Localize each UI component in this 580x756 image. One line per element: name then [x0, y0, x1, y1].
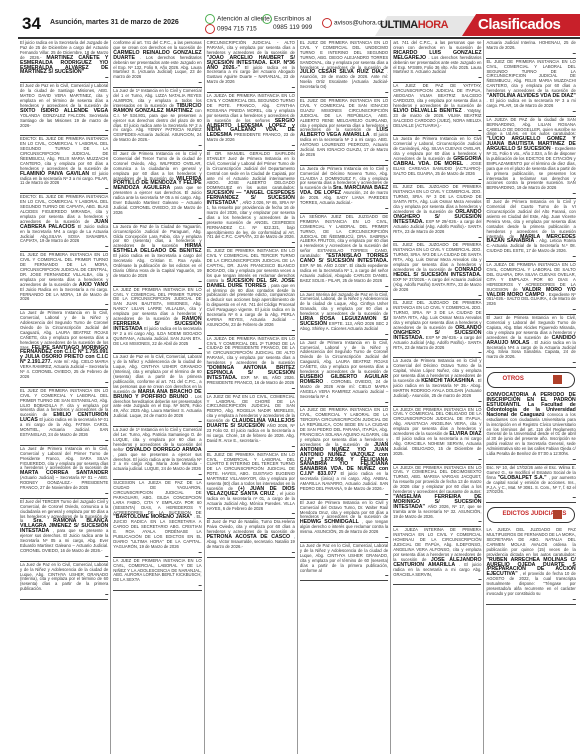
classified-ad: SUCESION LA JUEZA DE PAZ DE LA CIUDAD DE…	[113, 480, 201, 558]
classified-ad: Esc. Nº 10, del 17/02/26 ante el Esc. Wi…	[486, 465, 575, 503]
ad-code-mark: ▬	[486, 495, 575, 500]
classified-ad: LA JUEZ DE PRIMERA INSTANCIA EN LO CIVIL…	[113, 558, 201, 591]
classified-ad: LA JUEZ DE PAZ DE YATYTAY, CIRCUNSCRIPCI…	[393, 83, 481, 136]
classified-ad: La Jueza de Paz de la Ciudad de Yaguarón…	[113, 224, 201, 287]
classified-ad: LA JUEZA DEL JUZGADO DE PAZ MULTIFUEROS …	[486, 527, 575, 605]
column-2: conforme al art. 741 del C.P.C., a las p…	[111, 40, 204, 754]
ad-code-mark: ▬	[20, 554, 108, 559]
classified-ad: LA JUEZA DE PRIMERA INSTANCIA EN LO CIVI…	[393, 407, 481, 465]
column-6: Actuaria Judicial Interina. HOHENAU, 25 …	[484, 40, 577, 754]
classified-ad: EDICTO: EL JUEZ DE PRIMERA INSTANCIA EN …	[20, 194, 108, 252]
ad-code-mark: ▬	[20, 491, 108, 496]
ad-code-mark: ▬	[300, 206, 388, 211]
ad-code-mark: ▬	[20, 592, 108, 597]
classified-ad: EL JUEZ DE PRIMERA INSTANCIA EN LO CIVIL…	[486, 59, 575, 117]
ad-code-mark: ▬	[300, 158, 388, 163]
classified-ad: La Jueza de Primera Instancia en lo Civi…	[393, 136, 481, 184]
classified-ad: LA JUEZ DE PRIMERA INSTANCIA EN LO CIVIL…	[300, 407, 388, 499]
classified-ad: EL JUEZ DE PRIMERA INSTANCIA EN LO CIVIL…	[207, 248, 295, 335]
ad-code-mark: ▬	[486, 191, 575, 196]
column-3: CIRCUNSCRIPCIÓN JUDICIAL - ALTO PARANÁ, …	[205, 40, 298, 754]
classified-ad: El Juez de Primera Instancia en lo Civil…	[486, 199, 575, 262]
classified-ad: El Juez de Primera Instancia en lo Civil…	[300, 500, 388, 543]
ad-code-mark: ▬	[113, 550, 201, 555]
header-divider	[18, 37, 580, 39]
ad-code-mark: ▬	[393, 457, 481, 462]
classified-ad: EL JUEZ DEL JUZGADO DE PRIMERA INSTANCIA…	[393, 184, 481, 242]
ad-code-mark: ▬	[20, 438, 108, 443]
ad-code-mark: ▬	[207, 550, 295, 555]
ad-code-mark: ▬	[20, 244, 108, 249]
ad-code-mark: ▬	[113, 80, 201, 85]
classified-ad: La Juez de Paz en lo Civil, Comercial, L…	[20, 562, 108, 600]
ad-code-mark: ▬	[20, 302, 108, 307]
qr-code-icon	[553, 375, 562, 384]
classified-ad: EL JUEZ DE PRIMERA INSTANCIA EN LO CIVIL…	[207, 452, 295, 520]
classified-ad: CONVOCATORIA A PERIODO DE INSCRIPCIÓN EN…	[486, 392, 575, 465]
classified-ad: LA SEÑORA JUEZ DEL JUZGADO DE PRIMERA IN…	[300, 214, 388, 292]
classified-ad: El Juez del TERCER Turno del Juzgado Civ…	[20, 499, 108, 562]
page-header: 34 Asunción, martes 31 de marzo de 2026 …	[0, 0, 580, 36]
ad-code-mark: ▬	[207, 511, 295, 516]
ad-code-mark: ▬	[393, 128, 481, 133]
classified-ad: La Juez de 1º Instancia en lo Civil y Co…	[113, 88, 201, 151]
whatsapp-icon	[205, 14, 215, 24]
ad-code-mark: ▬	[20, 380, 108, 385]
column-1: El juicio radica en la Secretaría del Ju…	[18, 40, 111, 754]
classified-ad: La Juez de Paz en lo Civil, Comercial, L…	[113, 354, 201, 427]
ad-code-mark: ▬	[486, 109, 575, 114]
ad-code-mark: ▬	[113, 419, 201, 424]
classified-ad: LA JUEZ DE PRIMERA INSTANCIA EN LO CIVIL…	[113, 287, 201, 355]
classified-ad: conforme al art. 741 del C.P.C., a las p…	[113, 40, 201, 88]
ad-code-mark: ▬	[486, 457, 575, 462]
ad-code-mark: ▬	[113, 143, 201, 148]
classified-ad: EL JUEZ DE PRIMERA INSTANCIA EN LO CIVIL…	[20, 388, 108, 446]
ad-code-mark: ▬	[486, 307, 575, 312]
ad-code-mark: ▬	[300, 492, 388, 497]
classified-ad: LA JUEZA DE PRIMERA INSTANCIA EN LO CIVI…	[207, 93, 295, 151]
ad-code-mark: ▬	[113, 583, 201, 588]
ad-code-mark: ▬	[300, 284, 388, 289]
ad-code-mark: ▬	[300, 535, 388, 540]
classified-ad: La Juez de Primera Instancia en lo Civil…	[20, 310, 108, 388]
ad-code-mark: ▬	[113, 279, 201, 284]
ad-code-mark: ▬	[393, 350, 481, 355]
ad-code-mark: ▬	[207, 85, 295, 90]
ad-code-mark: ▬	[207, 444, 295, 449]
classified-ad: LA JUEZA DE PRIMERA INSTANCIA EN LO CIVI…	[486, 262, 575, 315]
classified-ad: La Juez de Primera Instancia en lo Civil…	[300, 340, 388, 408]
classified-ad: LA JUEZA DE PRIMERA INSTANCIA EN LO CIVI…	[393, 465, 481, 528]
classified-ad: art. 741 del C.P.C., a las personas que …	[393, 40, 481, 83]
ad-code-mark: ▬	[207, 240, 295, 245]
ad-code-mark: ▬	[393, 519, 481, 524]
classifieds-columns: El juicio radica en la Secretaría del Ju…	[18, 40, 578, 754]
classified-ad: LA JUEZA DE PAZ de la ciudad de SAN BERN…	[486, 117, 575, 200]
ad-code-mark: ▬	[300, 573, 388, 578]
column-5: art. 741 del C.P.C., a las personas que …	[391, 40, 484, 754]
whatsapp-icon	[262, 14, 272, 24]
classified-ad: CIRCUNSCRIPCIÓN JUDICIAL - ALTO PARANÁ, …	[207, 40, 295, 93]
classified-ad: El Juez de Paz de Nataliio, Turno Dra.He…	[207, 519, 295, 557]
page-number: 34	[22, 14, 41, 34]
phone-icon	[205, 24, 215, 34]
classified-ad: Actuaria Judicial Interina. HOHENAU, 25 …	[486, 40, 575, 59]
publication-date: Asunción, martes 31 de marzo de 2026	[50, 19, 179, 26]
classified-ad: La Juez de 1º Instancia en lo Civil y Co…	[113, 427, 201, 480]
ad-code-mark: ▬	[393, 577, 481, 582]
classified-ad: EDICTO: EL JUEZ DE PRIMERA INSTANCIA EN …	[20, 136, 108, 194]
ad-code-mark: ▬	[113, 472, 201, 477]
classified-ad: EL JUEZ DE PRIMERA INSTANCIA EN LO CIVIL…	[300, 98, 388, 166]
write-us-contact: Escríbinos al 0985 119 999	[262, 14, 312, 31]
classified-ad: La Juez de Paz en lo Civil, Comercial, L…	[300, 543, 388, 581]
ad-code-mark: ▬	[20, 75, 108, 80]
ad-code-mark: ▬	[207, 386, 295, 391]
ad-code-mark: ▬	[486, 360, 575, 365]
ad-code-mark: ▬	[393, 75, 481, 80]
ad-code-mark: ▬	[113, 216, 201, 221]
classified-ad: EL JUEZ DE PRIMERA INSTANCIA EN LO CIVIL…	[20, 252, 108, 310]
ad-code-mark: ▬	[486, 254, 575, 259]
ad-code-mark: ▬	[207, 328, 295, 333]
classified-ad: EL JUEZ DEL JUZGADO DE PRIMERA INSTANCIA…	[393, 300, 481, 358]
classified-ad: El Juez de Primera Instancia en lo Civil…	[486, 315, 575, 368]
ad-code-mark: ▬	[486, 597, 575, 602]
classified-ad: La Jueza de Primera Instancia en lo Civi…	[300, 166, 388, 214]
classified-ad: LA JUEZA DE PRIMERA INSTANCIA EN LO CIVI…	[207, 336, 295, 394]
section-header: OTROS	[487, 372, 574, 388]
ad-code-mark: ▬	[113, 346, 201, 351]
classified-ad: EL JUEZ DEL JUZGADO DE PRIMERA INSTANCIA…	[393, 242, 481, 300]
classified-ad: LA JUEZ DE PAZ EN LO CIVIL, COMERCIAL Y …	[207, 394, 295, 452]
classified-ad: El Juez de Primera Instancia en lo Civil…	[113, 151, 201, 224]
classified-ad: El Juez de Paz en lo Civil, Comercial y …	[20, 83, 108, 136]
ad-code-mark: ▬	[300, 90, 388, 95]
classified-ad: La Juez Interina del Juzgado de Paz en l…	[300, 292, 388, 340]
ad-code-mark: ▬	[486, 51, 575, 56]
ad-code-mark: ▬	[393, 399, 481, 404]
classified-ad: LA JUEZA INTERINA DE PRIMERA INSTANCIA E…	[393, 527, 481, 585]
ad-code-mark: ▬	[207, 143, 295, 148]
brand-logo: ULTIMAHORA	[380, 19, 448, 31]
classified-ad: La Juez de Primera Instancia en lo Civil…	[20, 446, 108, 499]
section-header: EDICTOS JUDICIALES	[487, 507, 574, 523]
ad-code-mark: ▬	[20, 186, 108, 191]
section-title: Clasificados	[478, 16, 560, 33]
section-label: OTROS	[502, 376, 523, 382]
ad-code-mark: ▬	[393, 235, 481, 240]
ad-code-mark: ▬	[393, 177, 481, 182]
classified-ad: EL JUEZ DE PRIMERA INSTANCIA EN LO CIVIL…	[300, 40, 388, 98]
column-4: EL JUEZ DE PRIMERA INSTANCIA EN LO CIVIL…	[298, 40, 391, 754]
classified-ad: El juicio radica en la Secretaría del Ju…	[20, 40, 108, 83]
classified-ad: El DR. MANUEL GERALDO SAIFILDIN STANLEY …	[207, 151, 295, 248]
ad-code-mark: ▬	[300, 332, 388, 337]
ad-code-mark: ▬	[393, 293, 481, 298]
classified-ad: La Jueza de Primera Instancia en lo Civi…	[393, 358, 481, 406]
ad-code-mark: ▬	[20, 128, 108, 133]
ad-code-mark: ▬	[300, 400, 388, 405]
qr-code-icon	[553, 510, 562, 519]
mail-icon	[322, 18, 332, 28]
